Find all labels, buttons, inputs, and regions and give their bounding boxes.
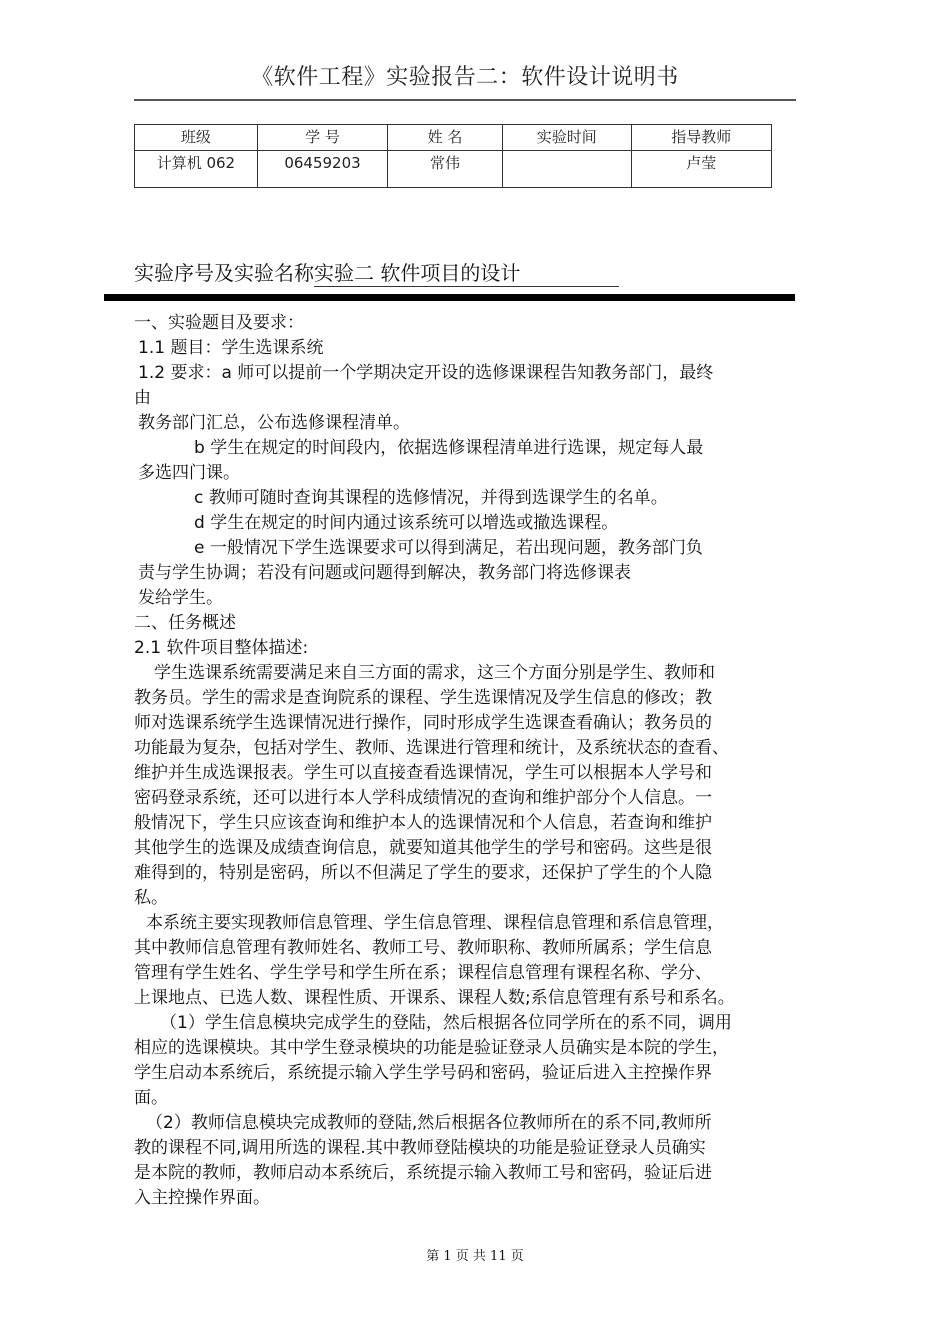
module-1-line: 学生启动本系统后，系统提示输入学生学号码和密码，验证后进入主控操作界 [134,1061,814,1086]
requirement-b-cont: 多选四门课。 [134,461,814,486]
requirement-a: 1.2 要求：a 师可以提前一个学期决定开设的选修课课程告知教务部门，最终 [134,361,814,386]
student-info-table: 班级 学 号 姓 名 实验时间 指导教师 计算机 062 06459203 常伟… [134,124,772,188]
experiment-name: 实验二 软件项目的设计 [314,260,619,287]
paragraph-line: 学生选课系统需要满足来自三方面的需求，这三个方面分别是学生、教师和 [134,661,814,686]
module-1-line: 相应的选课模块。其中学生登录模块的功能是验证登录人员确实是本院的学生， [134,1036,814,1061]
page-footer: 第 1 页 共 11 页 [0,1245,950,1264]
requirement-a-cont2: 教务部门汇总，公布选修课程清单。 [134,411,814,436]
requirement-e: e 一般情况下学生选课要求可以得到满足，若出现问题，教务部门负 [134,536,814,561]
header-name: 姓 名 [388,125,503,151]
paragraph-line: 功能最为复杂，包括对学生、教师、选课进行管理和统计，及系统状态的查看、 [134,736,814,761]
module-1-line: （1）学生信息模块完成学生的登陆，然后根据各位同学所在的系不同，调用 [134,1011,814,1036]
header-instructor: 指导教师 [631,125,771,151]
title-divider [134,99,796,101]
cell-experiment-time [502,151,631,188]
paragraph-line: 教务员。学生的需求是查询院系的课程、学生选课情况及学生信息的修改；教 [134,686,814,711]
paragraph-line: 密码登录系统，还可以进行本人学科成绩情况的查询和维护部分个人信息。一 [134,786,814,811]
section-heading-1: 一、实验题目及要求： [134,311,814,336]
module-2-line: （2）教师信息模块完成教师的登陆,然后根据各位教师所在的系不同,教师所 [134,1111,814,1136]
module-2-line: 是本院的教师，教师启动本系统后，系统提示输入教师工号和密码，验证后进 [134,1161,814,1186]
requirement-e-cont2: 发给学生。 [134,586,814,611]
subsection-2-1: 2.1 软件项目整体描述: [134,636,814,661]
paragraph-line: 其他学生的选课及成绩查询信息，就要知道其他学生的学号和密码。这些是很 [134,836,814,861]
header-student-id: 学 号 [257,125,387,151]
paragraph-line: 私。 [134,886,814,911]
document-title: 《软件工程》实验报告二：软件设计说明书 [134,62,796,94]
requirement-b: b 学生在规定的时间段内，依据选修课程清单进行选课，规定每人最 [134,436,814,461]
paragraph-line: 难得到的，特别是密码，所以不但满足了学生的要求，还保护了学生的个人隐 [134,861,814,886]
heavy-divider [104,294,795,301]
module-2-line: 教的课程不同,调用所选的课程.其中教师登陆模块的功能是验证登录人员确实 [134,1136,814,1161]
header-class: 班级 [135,125,258,151]
cell-instructor: 卢莹 [631,151,771,188]
cell-student-id: 06459203 [257,151,387,188]
experiment-label: 实验序号及实验名称 [134,261,314,285]
cell-class: 计算机 062 [135,151,258,188]
requirement-e-cont: 责与学生协调；若没有问题或问题得到解决，教务部门将选修课表 [134,561,814,586]
paragraph-line: 管理有学生姓名、学生学号和学生所在系；课程信息管理有课程名称、学分、 [134,961,814,986]
requirement-a-cont: 由 [134,386,814,411]
subsection-1-1: 1.1 题目：学生选课系统 [134,336,814,361]
module-1-line: 面。 [134,1086,814,1111]
table-header-row: 班级 学 号 姓 名 实验时间 指导教师 [135,125,772,151]
requirement-c: c 教师可随时查询其课程的选修情况，并得到选课学生的名单。 [134,486,814,511]
paragraph-line: 本系统主要实现教师信息管理、学生信息管理、课程信息管理和系信息管理， [134,911,814,936]
header-experiment-time: 实验时间 [502,125,631,151]
module-2-line: 入主控操作界面。 [134,1186,814,1211]
experiment-heading: 实验序号及实验名称实验二 软件项目的设计 [134,258,619,288]
paragraph-line: 上课地点、已选人数、课程性质、开课系、课程人数;系信息管理有系号和系名。 [134,986,814,1011]
paragraph-line: 其中教师信息管理有教师姓名、教师工号、教师职称、教师所属系；学生信息 [134,936,814,961]
paragraph-line: 般情况下，学生只应该查询和维护本人的选课情况和个人信息，若查询和维护 [134,811,814,836]
section-heading-2: 二、任务概述 [134,611,814,636]
requirement-d: d 学生在规定的时间内通过该系统可以增选或撤选课程。 [134,511,814,536]
report-body: 一、实验题目及要求： 1.1 题目：学生选课系统 1.2 要求：a 师可以提前一… [134,311,814,1211]
paragraph-line: 师对选课系统学生选课情况进行操作，同时形成学生选课查看确认；教务员的 [134,711,814,736]
table-row: 计算机 062 06459203 常伟 卢莹 [135,151,772,188]
paragraph-line: 维护并生成选课报表。学生可以直接查看选课情况，学生可以根据本人学号和 [134,761,814,786]
cell-name: 常伟 [388,151,503,188]
